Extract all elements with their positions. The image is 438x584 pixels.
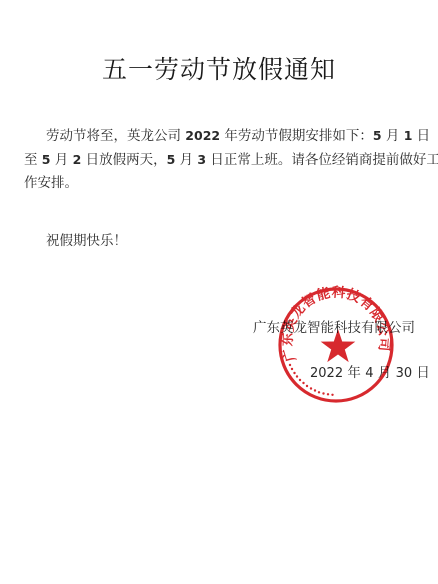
- text-segment: 至: [24, 152, 42, 168]
- notice-page: 五一劳动节放假通知 劳动节将至，英龙公司 2022 年劳动节假期安排如下：5 月…: [0, 0, 438, 584]
- text-segment: 月: [51, 152, 73, 168]
- text-segment: 年劳动节假期安排如下：: [220, 128, 373, 144]
- paragraph-line-2: 至 5 月 2 日放假两天，5 月 3 日正常上班。请各位经销商提前做好工: [24, 148, 424, 172]
- text-segment: 月: [175, 152, 197, 168]
- text-segment: 月: [382, 128, 404, 144]
- text-segment: 劳动节将至，英龙公司: [46, 128, 185, 144]
- year-number: 2022: [185, 128, 220, 143]
- month-number: 5: [373, 128, 382, 143]
- day-number: 2: [73, 152, 82, 167]
- text-segment: 日正常上班。请各位经销商提前做好工: [206, 152, 438, 168]
- paragraph-line-1: 劳动节将至，英龙公司 2022 年劳动节假期安排如下：5 月 1 日: [24, 124, 424, 148]
- month-number: 5: [42, 152, 51, 167]
- date-day: 30: [396, 366, 413, 381]
- seal-serial-dots: [289, 364, 334, 396]
- page-title: 五一劳动节放假通知: [0, 50, 438, 86]
- paragraph-line-3: 作安排。: [24, 172, 424, 195]
- greeting-text: 祝假期快乐！: [46, 229, 127, 249]
- date-day-suffix: 日: [412, 365, 430, 381]
- star-icon: [321, 329, 356, 362]
- month-number: 5: [167, 152, 176, 167]
- day-number: 3: [197, 152, 206, 167]
- notice-paragraph: 劳动节将至，英龙公司 2022 年劳动节假期安排如下：5 月 1 日 至 5 月…: [24, 124, 424, 195]
- text-segment: 作安排。: [24, 175, 78, 191]
- text-segment: 日放假两天，: [81, 152, 166, 168]
- company-seal-stamp: 广东英龙智能科技有限公司: [276, 285, 396, 405]
- text-segment: 日: [412, 128, 430, 144]
